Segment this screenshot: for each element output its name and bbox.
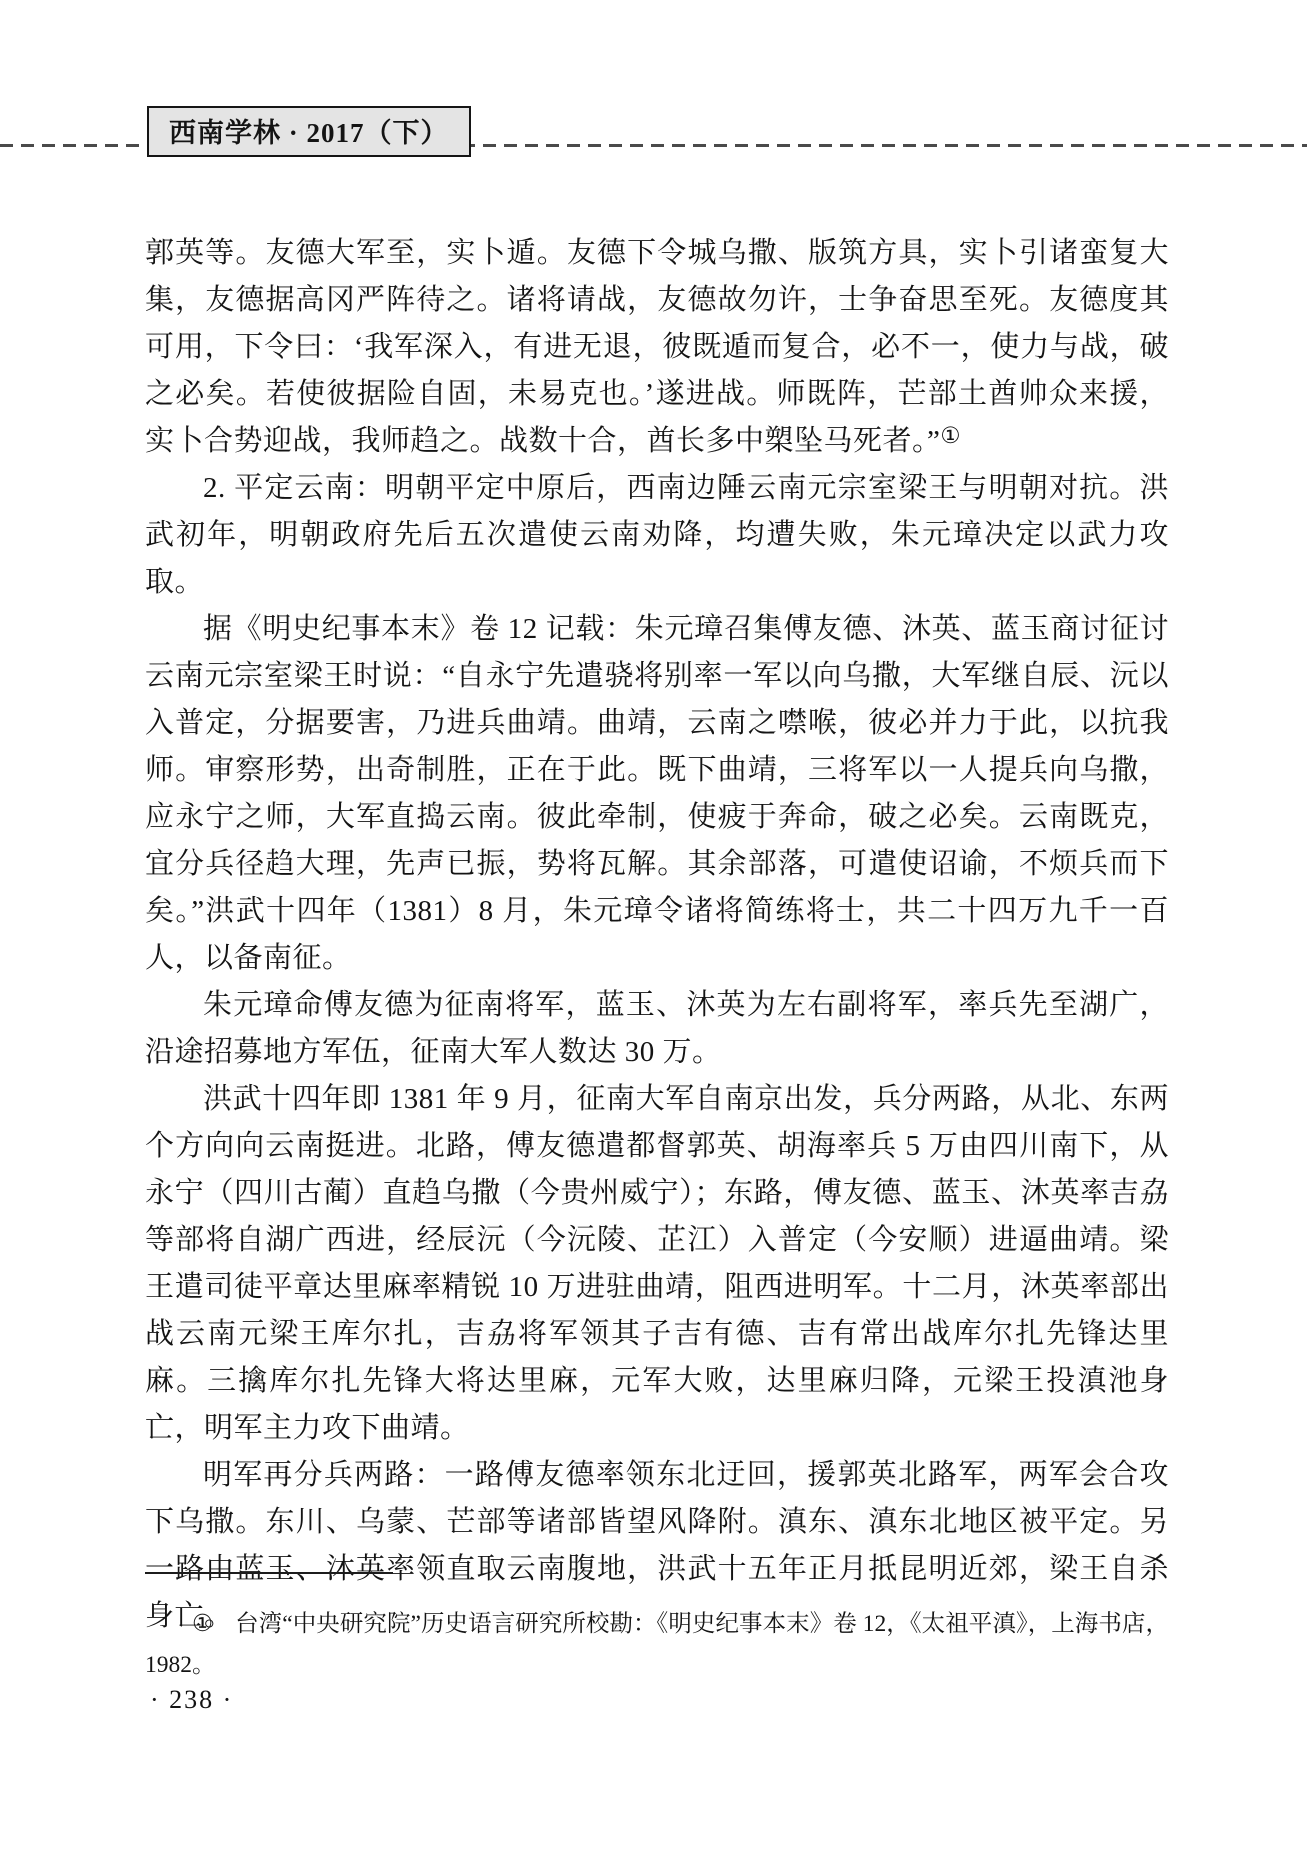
- running-header: 西南学林 · 2017（下）: [147, 106, 471, 157]
- footnote: ①台湾“中央研究院”历史语言研究所校勘：《明史纪事本末》卷 12，《太祖平滇》，…: [145, 1604, 1169, 1686]
- footnote-ref: ①: [940, 423, 961, 448]
- footnote-text: 台湾“中央研究院”历史语言研究所校勘：《明史纪事本末》卷 12，《太祖平滇》，上…: [145, 1611, 1169, 1678]
- page-number: · 238 ·: [150, 1685, 233, 1715]
- paragraph: 朱元璋命傅友德为征南将军，蓝玉、沐英为左右副将军，率兵先至湖广，沿途招募地方军伍…: [145, 982, 1169, 1076]
- paragraph: 2. 平定云南：明朝平定中原后，西南边陲云南元宗室梁王与明朝对抗。洪武初年，明朝…: [145, 465, 1169, 606]
- footnote-separator: [145, 1572, 393, 1574]
- body-text: 郭英等。友德大军至，实卜遁。友德下令城乌撒、版筑方具，实卜引诸蛮复大集，友德据高…: [145, 230, 1169, 1640]
- paragraph: 郭英等。友德大军至，实卜遁。友德下令城乌撒、版筑方具，实卜引诸蛮复大集，友德据高…: [145, 230, 1169, 465]
- running-header-title: 西南学林 · 2017（下）: [169, 118, 449, 148]
- footnote-marker: ①: [192, 1611, 213, 1637]
- paragraph: 洪武十四年即 1381 年 9 月，征南大军自南京出发，兵分两路，从北、东两个方…: [145, 1076, 1169, 1452]
- paragraph: 据《明史纪事本末》卷 12 记载：朱元璋召集傅友德、沐英、蓝玉商讨征讨云南元宗室…: [145, 606, 1169, 982]
- footnote-area: ①台湾“中央研究院”历史语言研究所校勘：《明史纪事本末》卷 12，《太祖平滇》，…: [145, 1572, 1169, 1686]
- book-page: 西南学林 · 2017（下） 郭英等。友德大军至，实卜遁。友德下令城乌撒、版筑方…: [0, 0, 1307, 1859]
